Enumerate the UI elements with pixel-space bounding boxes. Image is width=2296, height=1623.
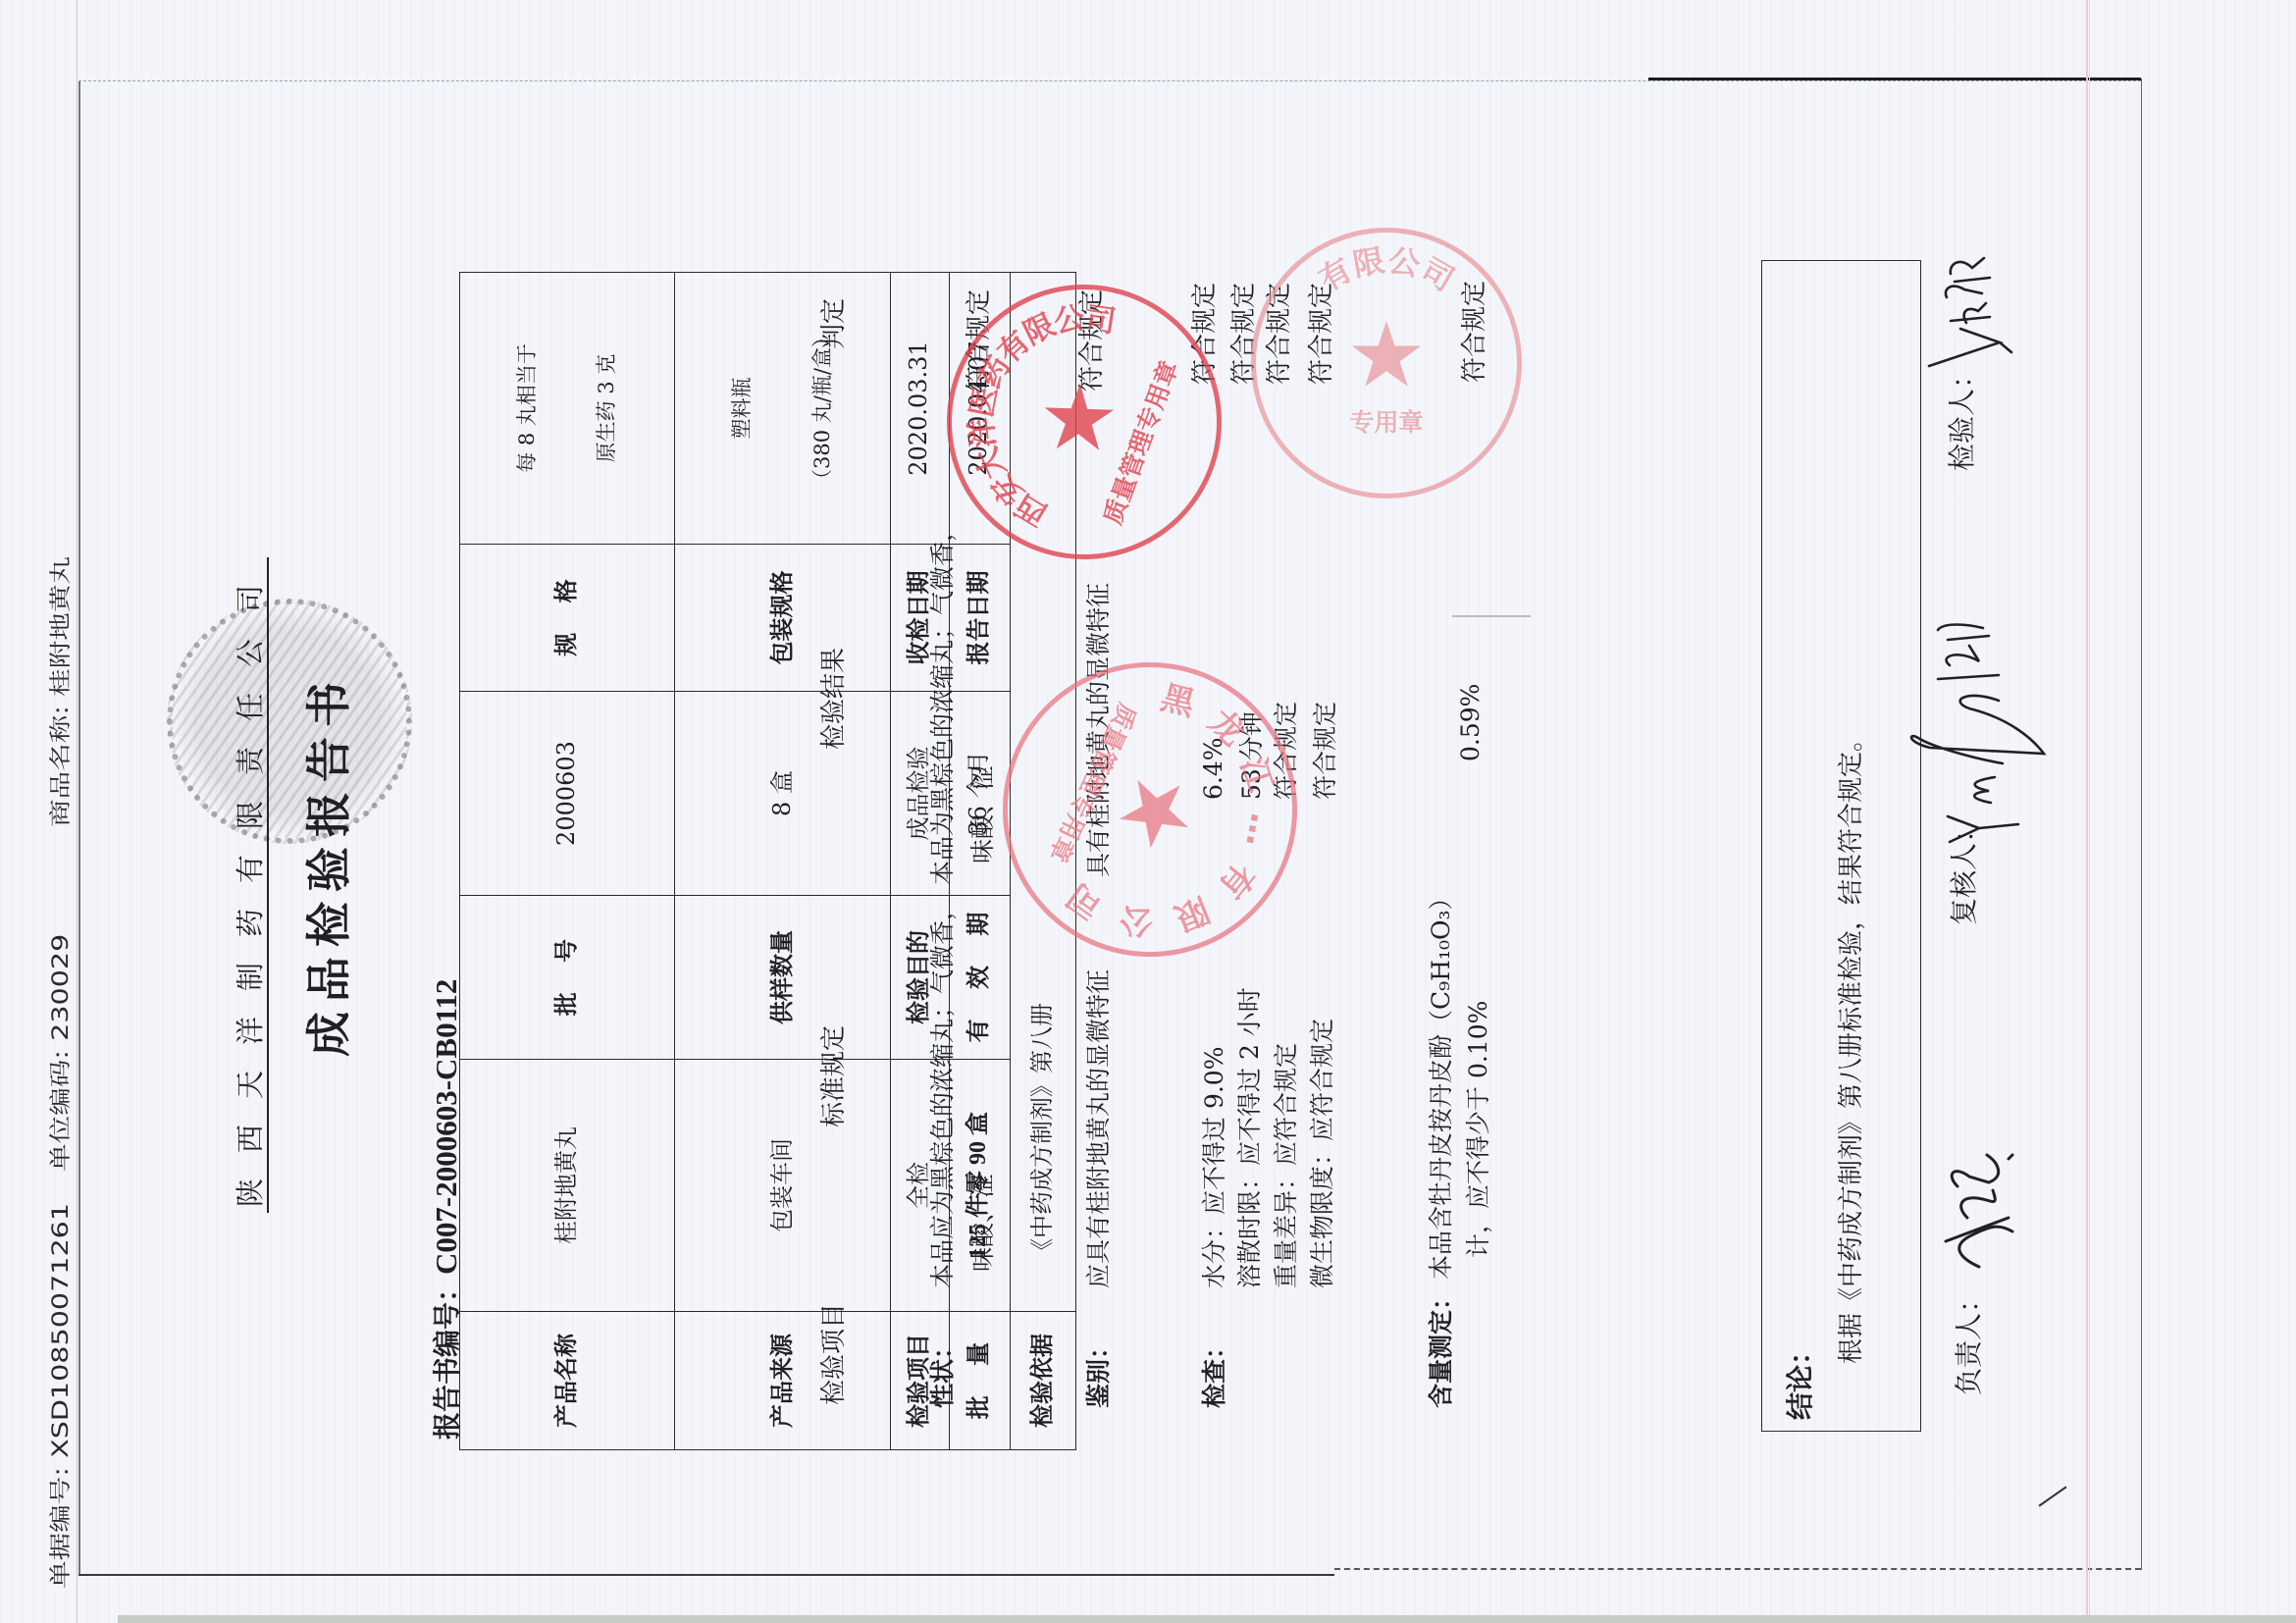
company-underline (267, 557, 269, 1213)
company-seal-gray (167, 599, 412, 844)
standard-assay-cont: 计，应不得少于 0.10% (1466, 1001, 1490, 1258)
test-label-examination: 检查： (1202, 1335, 1226, 1408)
value-product-source: 包装车间 (675, 1060, 890, 1312)
inspector-label: 检验人： (1949, 361, 1976, 471)
unit-code-label: 单位编码: (49, 1050, 74, 1172)
stamp-inner-text: 专用章 (1256, 410, 1517, 435)
test-label-identification: 鉴别： (1086, 1335, 1111, 1408)
stamp-char: 有 (1213, 857, 1260, 904)
standard-weight-variation: 重量差异：应符合规定 (1274, 1043, 1298, 1288)
value-package-spec: 塑料瓶 （380 丸/瓶/盒） (675, 273, 890, 545)
stamp-char: 司 (1062, 877, 1108, 923)
standard-appearance: 本品应为黑棕色的浓缩丸；气微香， (930, 896, 955, 1288)
test-label-assay: 含量测定： (1429, 1285, 1453, 1408)
product-name-header-label: 商品名称: (49, 706, 74, 827)
label-inspection-basis: 检验依据 (1010, 1312, 1075, 1450)
document-number: 单据编号: XSD10850071261 (51, 1203, 73, 1589)
stamp-char: 公 (1118, 902, 1155, 939)
label-product-source: 产品来源 (675, 1312, 890, 1450)
value-product-name: 桂附地黄丸 (460, 1060, 675, 1312)
conclusion-label: 结论： (1787, 1337, 1814, 1420)
unit-code: 单位编码: 230029 (51, 934, 73, 1172)
scanned-page: 单据编号: XSD10850071261 单位编码: 230029 商品名称: … (0, 0, 2296, 1623)
header-test-item: 检验项目 (821, 1303, 847, 1405)
standard-appearance-cont: 味酸、涩 (970, 1174, 995, 1272)
standard-assay: 本品含牡丹皮按丹皮酚（C₉H₁₀O₃） (1429, 885, 1453, 1280)
label-sample-quantity: 供样数量 (675, 896, 890, 1060)
responsible-person-label: 负责人： (1956, 1285, 1983, 1395)
document-number-value: XSD10850071261 (49, 1203, 74, 1458)
inspection-report: 单据编号: XSD10850071261 单位编码: 230029 商品名称: … (0, 0, 2296, 1623)
scan-artifact-tick (2039, 1486, 2067, 1506)
report-number: 报告书编号：C007-2000603-CB0112 (431, 979, 461, 1440)
product-name-header-value: 桂附地黄丸 (49, 556, 74, 697)
report-title: 成品检验报告书 (306, 672, 351, 1057)
value-package-spec-line: 塑料瓶 (729, 273, 756, 544)
stamp-char: … (1240, 811, 1279, 850)
header-standard: 标准规定 (821, 1025, 847, 1127)
stamp-char: 有 (1314, 253, 1357, 296)
stamp-char: 公 (1386, 244, 1423, 281)
label-report-date: 报告日期 (949, 545, 1010, 692)
label-specification: 规 格 (460, 545, 675, 692)
stamp-char: 龙 (1203, 705, 1250, 752)
conclusion-text: 根据《中药成方制剂》第八册标准检验，结果符合规定。 (1839, 726, 1864, 1364)
info-row: 产品来源 包装车间 供样数量 8 盒 包装规格 塑料瓶 （380 丸/瓶/盒） (675, 273, 890, 1450)
standard-microbial-limit: 微生物限度：应符合规定 (1310, 1019, 1334, 1288)
header-result: 检验结果 (821, 648, 847, 750)
standard-identification: 应具有桂附地黄丸的显微特征 (1086, 969, 1111, 1288)
label-package-spec: 包装规格 (675, 545, 890, 692)
stamp-char: 洋 (966, 416, 1000, 449)
stamp-char: 司 (1416, 253, 1459, 296)
value-specification-line: 每 8 丸相当于 (514, 273, 541, 544)
stamp-char: 江 (1235, 754, 1278, 796)
standard-moisture: 水分：应不得过 9.0% (1202, 1047, 1226, 1288)
stamp-char: 限 (1350, 244, 1386, 281)
product-name-header: 商品名称: 桂附地黄丸 (51, 556, 73, 827)
quality-stamp-2: 有限公司 ★ 专用章 (1251, 228, 1522, 498)
value-batch-number: 2000603 (460, 692, 675, 896)
info-row: 产品名称 桂附地黄丸 批 号 2000603 规 格 每 8 丸相当于 原生药 … (460, 273, 675, 1450)
stamp-char: 黑 (1158, 681, 1198, 721)
signature-inspector (1921, 249, 2014, 372)
label-batch-number: 批 号 (460, 896, 675, 1060)
signature-reviewer (1908, 612, 2056, 848)
company-name: 陕西天洋制药有限责任公司 (236, 559, 265, 1207)
label-product-name: 产品名称 (460, 1312, 675, 1450)
star-icon: ★ (1346, 311, 1427, 401)
test-label-appearance: 性状： (930, 1335, 955, 1408)
stamp-char: 司 (1082, 304, 1117, 339)
value-sample-quantity: 8 盒 (675, 692, 890, 896)
label-shelf-life: 有 效 期 (949, 896, 1010, 1060)
stamp-char: 公 (1052, 304, 1086, 339)
scan-artifact-dash (1452, 616, 1531, 618)
value-specification-line: 原生药 3 克 (594, 273, 620, 544)
document-number-label: 单据编号: (49, 1467, 74, 1589)
result-assay: 0.59% (1458, 684, 1483, 761)
value-specification: 每 8 丸相当于 原生药 3 克 (460, 273, 675, 545)
header-verdict: 判定 (821, 298, 847, 349)
stamp-char: 限 (1170, 892, 1213, 935)
report-number-value: C007-2000603-CB0112 (429, 979, 463, 1275)
result-appearance: 本品为黑棕色的浓缩丸；气微香， (930, 517, 955, 885)
standard-disintegration: 溶散时限：应不得过 2 小时 (1237, 987, 1262, 1288)
label-batch-size: 批 量 (949, 1312, 1010, 1450)
signature-responsible (1918, 1147, 2026, 1275)
unit-code-value: 230029 (49, 934, 74, 1041)
